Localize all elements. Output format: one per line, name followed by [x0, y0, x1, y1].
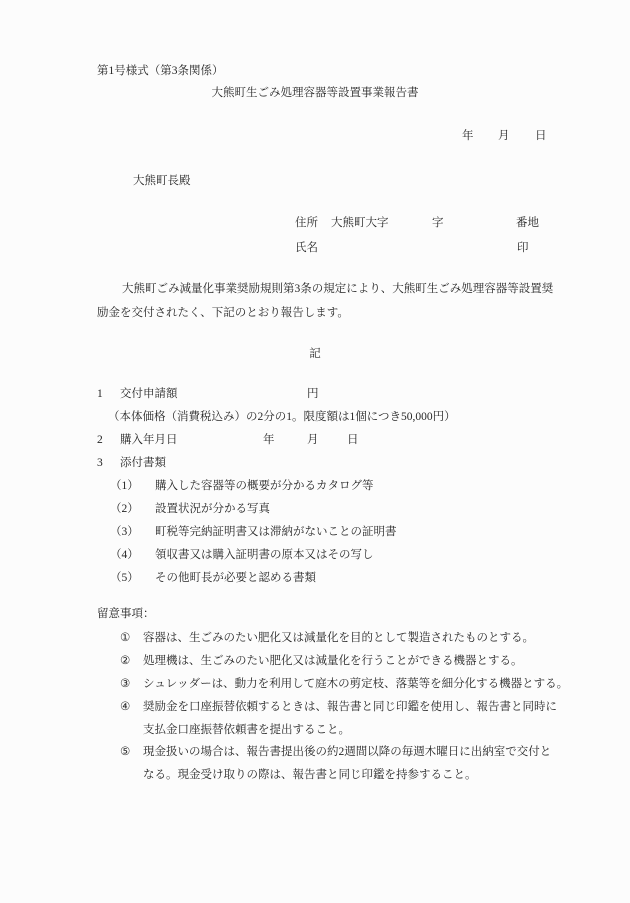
item3-number: 3 [97, 456, 103, 471]
purchase-month-label: 月 [307, 433, 319, 448]
item3-label: 添付書類 [120, 456, 166, 471]
note-1-number: ① [120, 631, 130, 646]
addressee: 大熊町長殿 [133, 174, 191, 189]
note-5-text-line2: なる。現金受け取りの際は、報告書と同じ印鑑を持参すること。 [143, 768, 477, 783]
attachment-5-number: （5） [110, 571, 139, 586]
month-label: 月 [498, 129, 510, 144]
note-4-number: ④ [120, 700, 130, 715]
attachment-4-number: （4） [110, 548, 139, 563]
attachment-1-number: （1） [110, 479, 139, 494]
attachment-3-number: （3） [110, 525, 139, 540]
attachment-1-text: 購入した容器等の概要が分かるカタログ等 [155, 479, 374, 494]
separator-ki: 記 [0, 347, 630, 362]
purchase-year-label: 年 [263, 433, 275, 448]
attachment-2-number: （2） [110, 502, 139, 517]
document-page: 第1号様式（第3条関係） 大熊町生ごみ処理容器等設置事業報告書 年 月 日 大熊… [0, 0, 630, 903]
attachment-4-text: 領収書又は購入証明書の原本又はその写し [155, 548, 374, 563]
note-2-number: ② [120, 654, 130, 669]
year-label: 年 [462, 129, 474, 144]
item1-label: 交付申請額 [120, 387, 178, 402]
name-label: 氏名 [295, 241, 318, 256]
note-3-text: シュレッダーは、動力を利用して庭木の剪定枝、落葉等を細分化する機器とする。 [143, 677, 568, 692]
attachment-5-text: その他町長が必要と認める書類 [155, 571, 316, 586]
item2-number: 2 [97, 433, 103, 448]
aza-label: 字 [432, 216, 444, 231]
day-label: 日 [535, 129, 547, 144]
note-3-number: ③ [120, 677, 130, 692]
note-5-number: ⑤ [120, 745, 130, 760]
note-5-text: 現金扱いの場合は、報告書提出後の約2週間以降の毎週木曜日に出納室で交付と [143, 745, 551, 760]
note-4-text: 奨励金を口座振替依頼するときは、報告書と同じ印鑑を使用し、報告書と同時に [143, 700, 557, 715]
seal-mark: 印 [517, 241, 529, 256]
document-title: 大熊町生ごみ処理容器等設置事業報告書 [0, 86, 630, 101]
item1-number: 1 [97, 387, 103, 402]
attachment-3-text: 町税等完納証明書又は滞納がないことの証明書 [155, 525, 397, 540]
form-number: 第1号様式（第3条関係） [97, 64, 224, 79]
note-1-text: 容器は、生ごみのたい肥化又は減量化を目的として製造されたものとする。 [143, 631, 534, 646]
note-2-text: 処理機は、生ごみのたい肥化又は減量化を行うことができる機器とする。 [143, 654, 523, 669]
purchase-day-label: 日 [347, 433, 359, 448]
banchi-label: 番地 [516, 216, 539, 231]
amount-note: （本体価格（消費税込み）の2分の1。限度額は1個につき50,000円） [108, 410, 456, 425]
notes-heading: 留意事項： [97, 607, 155, 622]
note-4-text-line2: 支払金口座振替依頼書を提出すること。 [143, 723, 350, 738]
address-label: 住所 [295, 216, 318, 231]
body-paragraph-line2: 励金を交付されたく、下記のとおり報告します。 [97, 306, 349, 321]
address-prefix: 大熊町大字 [331, 216, 389, 231]
item2-label: 購入年月日 [120, 433, 178, 448]
body-paragraph-line1: 大熊町ごみ減量化事業奨励規則第3条の規定により、大熊町生ごみ処理容器等設置奨 [122, 282, 553, 297]
attachment-2-text: 設置状況が分かる写真 [155, 502, 270, 517]
unit-yen: 円 [307, 387, 319, 402]
